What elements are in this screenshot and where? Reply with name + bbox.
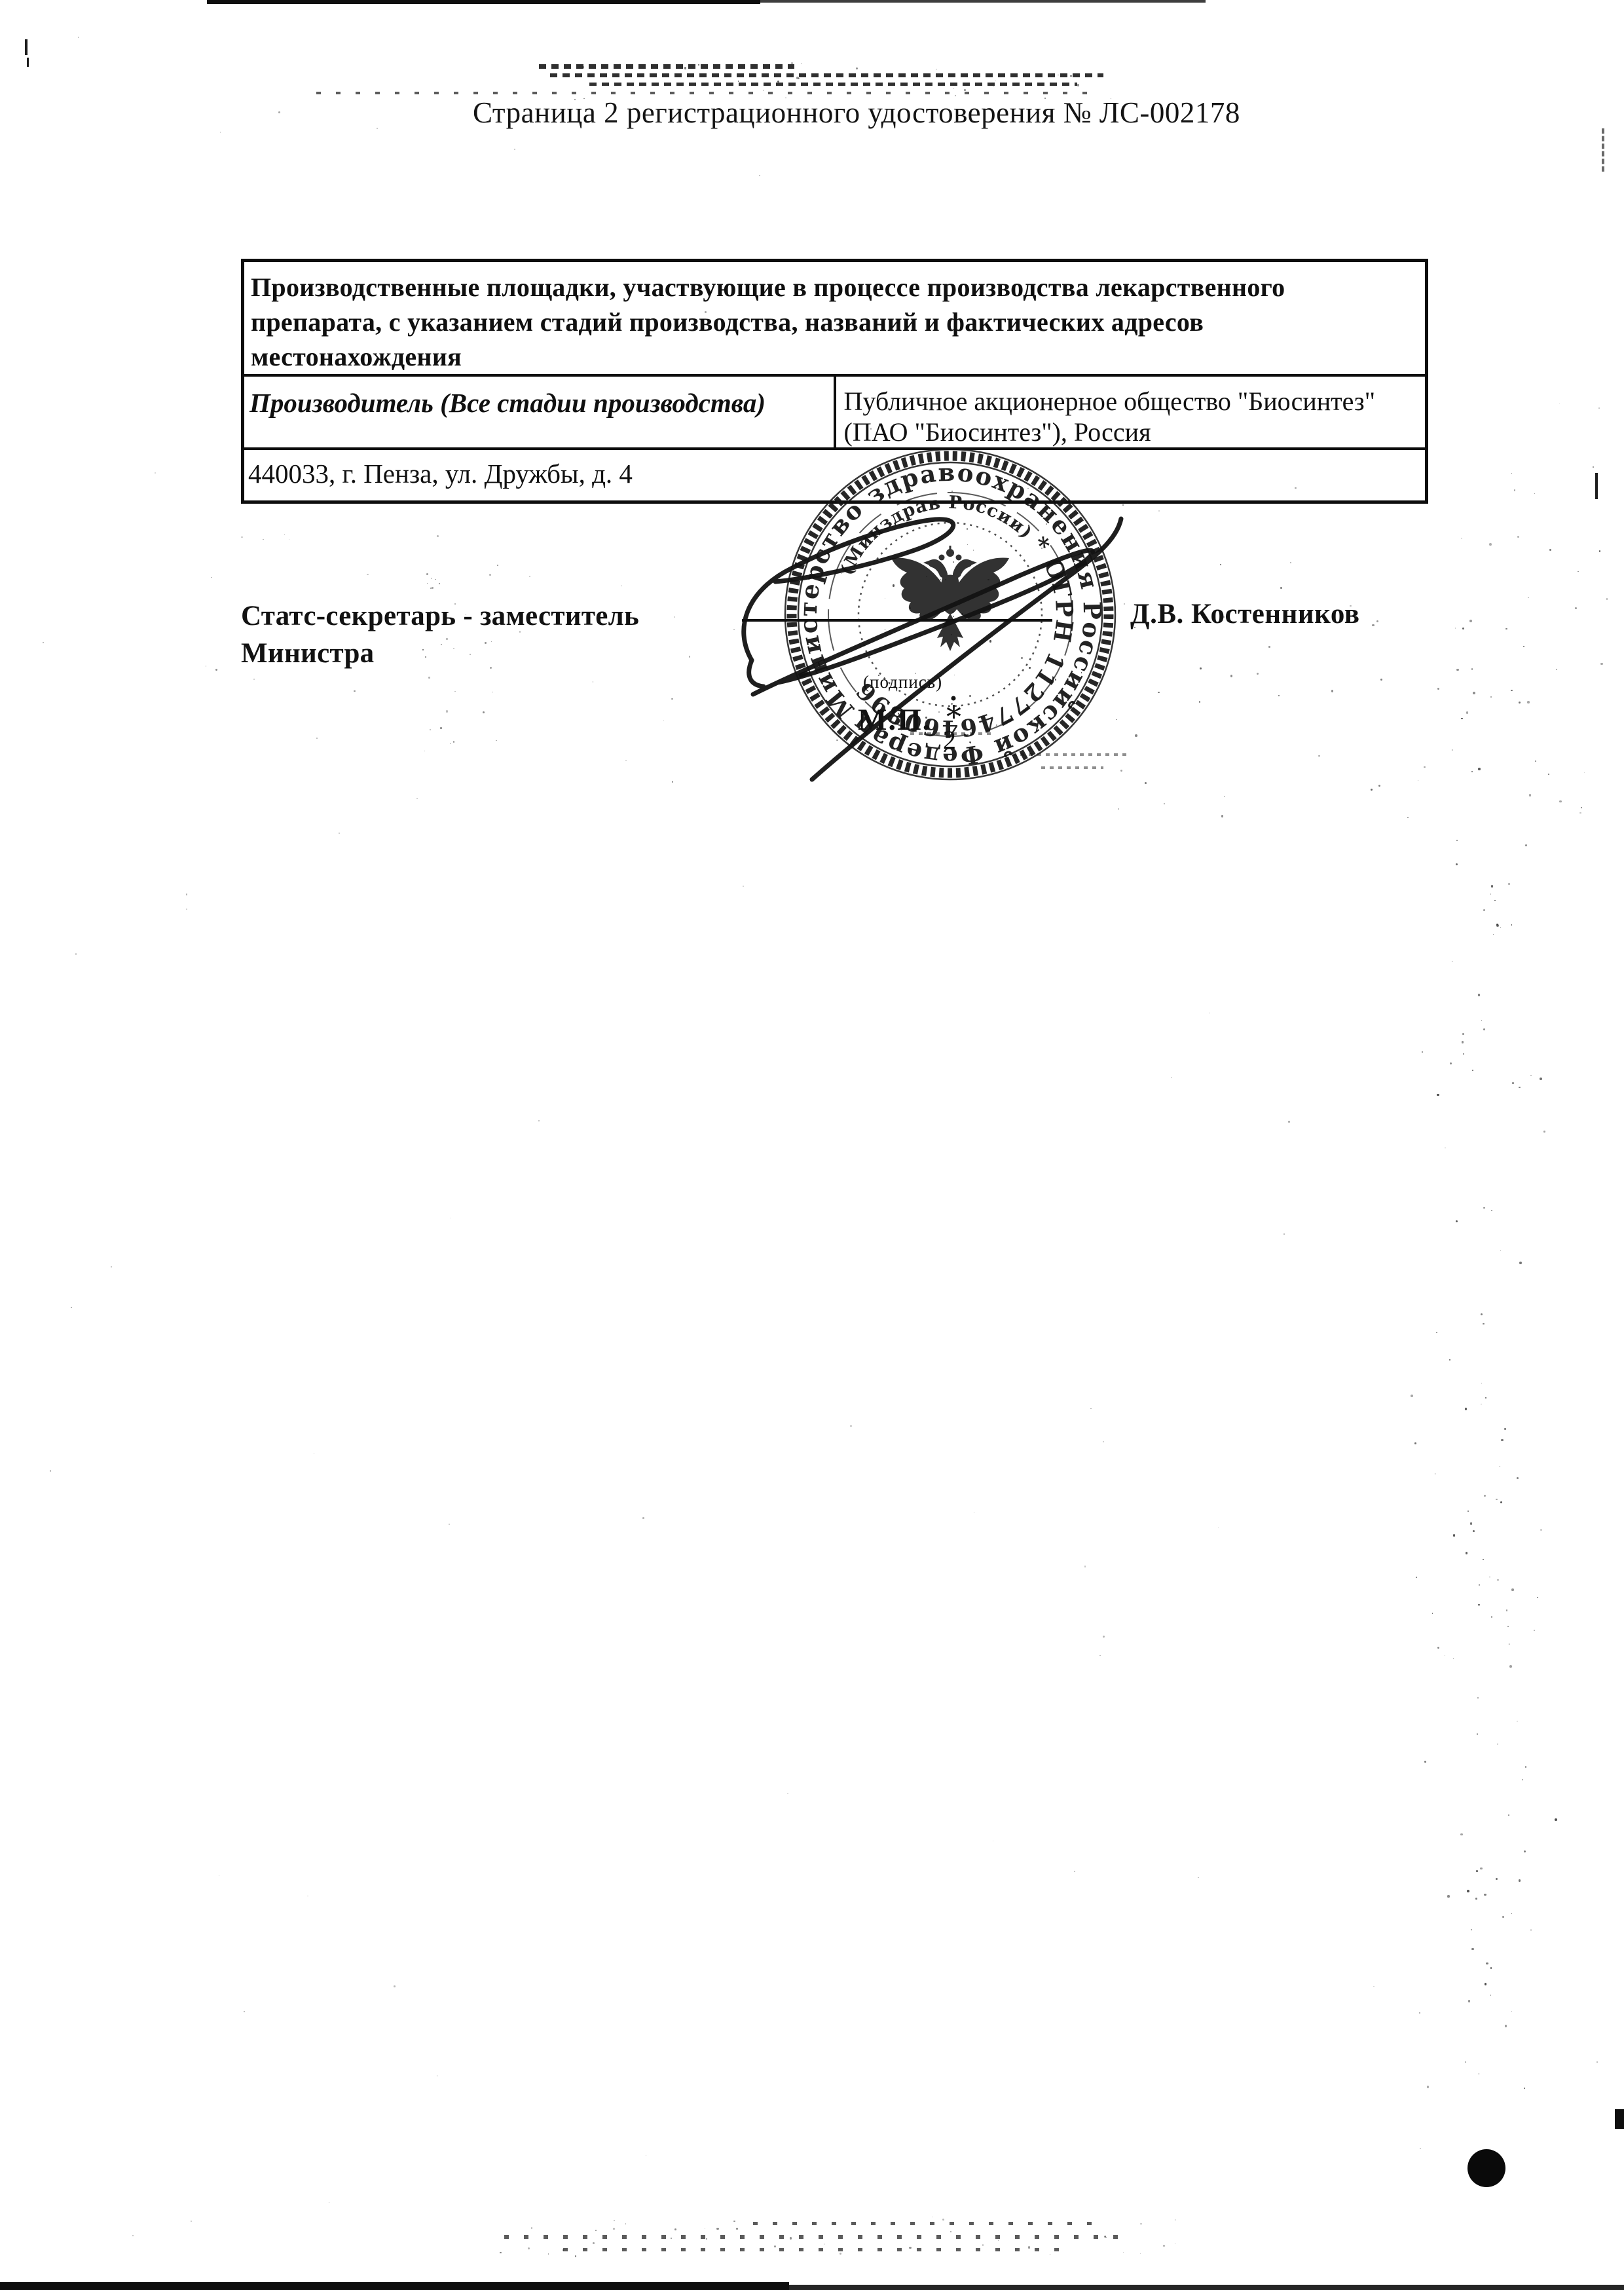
scan-noise-dot — [427, 583, 428, 584]
scan-noise-dot — [220, 132, 221, 133]
scan-noise-dot — [1525, 844, 1527, 846]
scan-noise-dot — [1372, 624, 1374, 626]
scan-noise-dot — [674, 616, 675, 617]
scan-noise-dot — [1481, 1313, 1483, 1315]
scan-noise-row — [504, 2235, 1126, 2239]
scan-noise-dot — [1103, 1636, 1105, 1638]
scan-edge-artifact — [1615, 2109, 1624, 2129]
scan-noise-dot — [450, 743, 451, 744]
scan-noise-dot — [440, 727, 442, 729]
scan-noise-dot — [1290, 562, 1291, 563]
scan-noise-dot — [583, 98, 584, 99]
scan-noise-dot — [1450, 1062, 1452, 1064]
scan-noise-dot — [1506, 1609, 1508, 1611]
scan-noise-dot — [787, 1793, 788, 1794]
scan-noise-dot — [1548, 774, 1549, 775]
scan-noise-dot — [1456, 669, 1459, 671]
scan-noise-dot — [937, 113, 938, 114]
scan-noise-dot — [1504, 1428, 1506, 1430]
scan-noise-row — [563, 2248, 1074, 2251]
scan-noise-dot — [1584, 772, 1585, 773]
scan-noise-dot — [1209, 1013, 1209, 1013]
scan-noise-dot — [671, 698, 673, 700]
scan-noise-dot — [1436, 1332, 1437, 1333]
scan-noise-dot — [1419, 2012, 1420, 2013]
scan-noise-dot — [1447, 1895, 1449, 1897]
scan-noise-dot — [1484, 1495, 1486, 1497]
scan-noise-dot — [1460, 1833, 1462, 1835]
scan-noise-dot — [953, 88, 954, 89]
scan-noise-dot — [1497, 1579, 1499, 1581]
scan-noise-dot — [1525, 1766, 1526, 1767]
scan-noise-dot — [1537, 1597, 1538, 1598]
scan-noise-dot — [1508, 883, 1510, 885]
scan-noise-dot — [1556, 669, 1557, 669]
scan-noise-dot — [1598, 407, 1600, 409]
punch-hole-dot — [1467, 2149, 1505, 2187]
scan-noise-dot — [1543, 1131, 1545, 1133]
scan-noise-dot — [431, 578, 432, 579]
scan-noise-dot — [1469, 620, 1472, 622]
scan-noise-dot — [1483, 1207, 1485, 1209]
scan-noise-dot — [1175, 2219, 1176, 2221]
scan-noise-dot — [716, 2228, 718, 2230]
scan-noise-dot — [446, 710, 448, 712]
scan-noise-dot — [1559, 800, 1562, 803]
scan-noise-dot — [289, 539, 290, 540]
scan-edge-artifact — [207, 0, 760, 4]
scan-noise-dot — [1505, 2025, 1507, 2027]
scan-noise-dot — [1535, 760, 1536, 762]
scan-noise-dot — [1471, 1948, 1474, 1951]
scan-noise-dot — [1578, 571, 1579, 572]
scan-noise-dot — [1517, 1477, 1519, 1479]
scan-noise-dot — [1099, 1655, 1100, 1656]
scan-noise-dot — [1175, 2243, 1175, 2244]
scan-noise-dot — [1199, 701, 1200, 702]
scan-noise-dot — [1511, 924, 1513, 926]
scan-noise-dot — [1453, 1534, 1456, 1537]
scan-noise-dot — [1331, 690, 1334, 692]
scan-noise-dot — [1118, 808, 1119, 809]
scan-noise-dot — [1407, 817, 1409, 819]
scan-noise-dot — [1103, 1441, 1105, 1443]
scan-noise-dot — [982, 2244, 984, 2246]
scan-noise-dot — [1427, 2086, 1429, 2088]
scan-noise-dot — [354, 690, 355, 692]
scan-noise-dot — [241, 536, 243, 538]
scan-noise-dot — [43, 642, 44, 643]
scan-noise-dot — [263, 539, 263, 540]
scan-noise-dot — [672, 781, 673, 782]
scan-noise-dot — [1445, 1655, 1445, 1656]
scan-noise-dot — [1489, 1577, 1490, 1578]
scan-noise-dot — [1519, 1879, 1521, 1881]
scan-noise-dot — [1058, 75, 1058, 75]
scan-noise-dot — [1555, 1818, 1557, 1821]
scan-noise-dot — [1559, 404, 1560, 404]
scan-noise-dot — [424, 751, 425, 751]
scan-noise-dot — [1470, 1522, 1473, 1525]
scan-noise-dot — [1483, 1323, 1485, 1325]
scan-noise-dot — [1378, 785, 1380, 787]
scan-noise-dot — [1593, 466, 1595, 468]
scan-noise-dot — [377, 128, 378, 129]
scan-noise-dot — [1481, 1383, 1482, 1383]
scan-edge-artifact — [1602, 128, 1604, 172]
scan-noise-dot — [186, 893, 188, 895]
scan-noise-dot — [1461, 538, 1462, 538]
scan-noise-dot — [1452, 961, 1452, 962]
scan-noise-dot — [1257, 673, 1259, 675]
scan-noise-dot — [1467, 1511, 1469, 1512]
scan-noise-dot — [1278, 695, 1280, 696]
table-header-row: Производственные площадки, участвующие в… — [243, 261, 1427, 376]
scan-noise-dot — [1432, 1613, 1433, 1613]
scan-noise-dot — [1479, 2073, 1480, 2074]
scan-noise-dot — [1512, 1082, 1514, 1084]
scan-noise-dot — [1500, 1501, 1502, 1503]
scan-noise-dot — [613, 2228, 615, 2230]
scan-noise-row — [550, 73, 1103, 77]
scan-margin-mark — [27, 58, 29, 67]
scan-noise-dot — [1140, 2253, 1141, 2254]
scan-noise-dot — [244, 2011, 245, 2012]
page-header: Страница 2 регистрационного удостоверени… — [473, 96, 1240, 130]
scan-noise-dot — [1418, 780, 1418, 781]
scan-noise-dot — [621, 586, 621, 586]
scan-noise-dot — [430, 588, 432, 589]
scan-noise-dot — [50, 1470, 52, 1472]
scan-noise-dot — [798, 78, 800, 79]
scan-noise-dot — [950, 2231, 951, 2232]
scan-noise-dot — [1466, 1552, 1468, 1554]
scan-noise-dot — [1473, 1530, 1475, 1532]
scan-noise-dot — [1509, 1643, 1509, 1644]
scan-noise-dot — [1490, 893, 1492, 895]
scan-noise-dot — [1489, 543, 1492, 546]
scan-noise-dot — [441, 644, 442, 645]
scan-noise-dot — [278, 111, 280, 113]
scan-noise-row — [539, 64, 794, 69]
scan-noise-dot — [705, 2228, 705, 2229]
scan-noise-dot — [1511, 473, 1512, 474]
scan-noise-dot — [791, 62, 793, 64]
scan-noise-dot — [1534, 493, 1535, 494]
scan-noise-dot — [1519, 702, 1521, 704]
scan-noise-dot — [1486, 1962, 1488, 1965]
scan-noise-dot — [1522, 1779, 1524, 1781]
scan-noise-dot — [1224, 796, 1225, 797]
scan-noise-dot — [1479, 1584, 1480, 1585]
scan-noise-dot — [733, 2221, 735, 2222]
scan-noise-dot — [489, 574, 491, 576]
scan-noise-dot — [314, 1454, 314, 1454]
scan-noise-dot — [1437, 688, 1439, 690]
scan-noise-dot — [528, 2247, 530, 2249]
scan-noise-dot — [1420, 2148, 1421, 2149]
scan-noise-dot — [1490, 1967, 1492, 1968]
scan-noise-dot — [1455, 628, 1456, 629]
scan-noise-dot — [1050, 2254, 1050, 2255]
scan-noise-dot — [625, 2223, 626, 2224]
scan-noise-dot — [428, 677, 430, 679]
scan-noise-dot — [454, 691, 455, 692]
scan-noise-dot — [155, 472, 156, 474]
scan-noise-dot — [698, 64, 699, 66]
scan-noise-dot — [1491, 885, 1493, 887]
scan-noise-dot — [78, 37, 79, 37]
signature-stroke — [812, 519, 1121, 779]
scan-noise-dot — [1508, 1814, 1509, 1816]
scan-noise-dot — [1416, 1577, 1417, 1578]
scan-noise-dot — [215, 669, 217, 670]
scan-edge-artifact — [1595, 473, 1598, 499]
scan-noise-dot — [1501, 1439, 1503, 1441]
scan-noise-dot — [785, 98, 786, 98]
scan-noise-dot — [1462, 1033, 1464, 1035]
scan-noise-dot — [1485, 1983, 1486, 1985]
scan-noise-dot — [1422, 1051, 1423, 1053]
scan-noise-dot — [430, 611, 432, 612]
scan-noise-dot — [191, 2221, 192, 2222]
scan-noise-dot — [736, 2228, 738, 2230]
scan-noise-dot — [1490, 1995, 1492, 1996]
scan-noise-dot — [1044, 98, 1045, 98]
scan-noise-dot — [454, 603, 455, 604]
scan-noise-dot — [1483, 909, 1485, 911]
scan-noise-dot — [1511, 2011, 1512, 2012]
scan-noise-dot — [705, 311, 706, 312]
scan-noise-dot — [1435, 1473, 1435, 1474]
scan-noise-dot — [942, 2219, 944, 2221]
scan-noise-dot — [1471, 771, 1473, 772]
scan-edge-artifact — [789, 2285, 1624, 2290]
scan-noise-dot — [548, 2253, 549, 2255]
scan-noise-dot — [531, 2227, 532, 2228]
scan-noise-dot — [1163, 2245, 1165, 2247]
scan-noise-dot — [1373, 1986, 1375, 1987]
scan-noise-dot — [1077, 84, 1079, 86]
scan-noise-dot — [595, 2230, 597, 2231]
scan-noise-dot — [293, 465, 294, 466]
scan-noise-dot — [514, 149, 515, 150]
scan-noise-dot — [850, 1425, 851, 1427]
scan-noise-dot — [684, 67, 686, 69]
scan-noise-dot — [802, 63, 802, 64]
scan-noise-dot — [1090, 1408, 1092, 1410]
scan-noise-row — [589, 83, 1077, 86]
scan-noise-dot — [1480, 1868, 1483, 1870]
scan-noise-dot — [1456, 1220, 1458, 1222]
scan-noise-dot — [1465, 1408, 1467, 1410]
scan-noise-dot — [439, 583, 440, 584]
scan-noise-dot — [111, 1266, 112, 1267]
scan-noise-dot — [1283, 1233, 1285, 1235]
scan-noise-dot — [1517, 536, 1519, 538]
scan-noise-dot — [432, 587, 434, 589]
scan-noise-dot — [614, 2220, 616, 2222]
scan-noise-dot — [593, 2242, 595, 2244]
scan-noise-dot — [1461, 718, 1463, 720]
scan-noise-dot — [1484, 1894, 1486, 1896]
scan-noise-dot — [706, 2238, 707, 2240]
scan-noise-dot — [453, 741, 454, 742]
scan-noise-dot — [1218, 1528, 1219, 1528]
scan-noise-dot — [1496, 1878, 1498, 1880]
scan-noise-row — [753, 2222, 1094, 2225]
scan-noise-dot — [1200, 667, 1201, 669]
scan-noise-dot — [1530, 1075, 1532, 1076]
scan-noise-dot — [964, 89, 966, 91]
scan-noise-dot — [1579, 812, 1581, 814]
scan-noise-dot — [1519, 1087, 1520, 1088]
scan-noise-dot — [538, 1120, 540, 1121]
scan-noise-dot — [993, 86, 994, 87]
scan-noise-dot — [1476, 1870, 1478, 1872]
scan-noise-dot — [1123, 2252, 1124, 2253]
scan-noise-dot — [1468, 2000, 1471, 2002]
scan-noise-dot — [422, 649, 423, 650]
scan-noise-dot — [1198, 1877, 1198, 1878]
scan-noise-dot — [496, 740, 496, 741]
scan-noise-dot — [763, 90, 764, 91]
scan-noise-dot — [1414, 1442, 1416, 1444]
scan-noise-dot — [186, 909, 187, 910]
scan-noise-dot — [646, 2155, 646, 2156]
scan-noise-dot — [1485, 1397, 1486, 1398]
scan-noise-dot — [284, 534, 286, 535]
scan-noise-dot — [974, 1512, 974, 1513]
signer-position-title: Статс-секретарь - заместитель Министра — [241, 597, 639, 672]
scan-noise-dot — [1371, 789, 1373, 791]
scan-noise-dot — [1452, 749, 1453, 751]
scan-noise-dot — [1517, 1721, 1518, 1722]
scan-noise-dot — [1519, 1262, 1522, 1264]
scan-noise-dot — [998, 2240, 999, 2241]
scan-noise-dot — [1523, 646, 1524, 647]
scan-noise-dot — [1511, 1588, 1514, 1591]
scan-noise-dot — [1471, 668, 1473, 670]
scan-noise-dot — [211, 577, 212, 578]
scan-noise-dot — [437, 2075, 438, 2076]
scan-noise-dot — [1481, 1020, 1482, 1021]
table-header-cell: Производственные площадки, участвующие в… — [243, 261, 1427, 376]
scan-noise-dot — [1514, 489, 1515, 491]
scan-noise-dot — [1475, 1898, 1477, 1900]
scan-noise-dot — [1478, 1604, 1479, 1605]
scan-noise-dot — [1511, 690, 1513, 692]
scan-noise-dot — [774, 2245, 776, 2247]
scan-noise-dot — [1318, 755, 1320, 757]
scan-noise-dot — [500, 2252, 501, 2253]
scan-noise-dot — [219, 1875, 220, 1877]
scan-noise-dot — [1483, 1028, 1485, 1030]
scan-noise-dot — [75, 953, 77, 954]
scan-noise-dot — [1449, 1359, 1451, 1361]
scan-noise-dot — [1606, 598, 1608, 600]
scan-noise-dot — [1472, 1070, 1473, 1071]
scan-noise-dot — [1505, 628, 1507, 630]
scan-noise-dot — [437, 535, 439, 537]
scan-noise-dot — [1502, 1916, 1504, 1918]
scan-noise-dot — [1477, 1697, 1479, 1699]
scan-edge-artifact — [760, 0, 1206, 3]
scan-noise-dot — [1600, 663, 1603, 666]
scan-noise-dot — [1493, 934, 1494, 935]
scan-noise-dot — [1491, 1616, 1493, 1618]
scan-noise-dot — [1527, 701, 1530, 704]
scan-noise-dot — [1491, 1210, 1492, 1211]
scan-noise-dot — [1465, 2061, 1466, 2063]
scan-noise-dot — [1466, 711, 1469, 714]
scan-noise-dot — [936, 69, 937, 70]
scan-noise-dot — [1581, 807, 1582, 808]
scan-noise-dot — [1376, 620, 1378, 622]
scan-noise-dot — [1230, 675, 1233, 677]
scan-noise-dot — [995, 81, 996, 81]
scan-noise-dot — [1500, 1466, 1500, 1467]
scan-noise-dot — [1424, 766, 1426, 768]
scan-noise-dot — [1528, 597, 1528, 598]
scan-noise-dot — [485, 642, 487, 644]
scan-noise-dot — [1424, 1761, 1426, 1763]
scan-noise-dot — [671, 2238, 672, 2239]
scan-noise-dot — [1599, 550, 1601, 552]
scan-noise-dot — [1524, 2088, 1525, 2089]
scan-noise-dot — [1462, 1041, 1464, 1043]
scan-noise-dot — [993, 1841, 993, 1841]
scan-noise-dot — [1540, 1529, 1542, 1531]
scan-noise-dot — [1483, 1559, 1484, 1560]
scan-noise-dot — [1437, 1094, 1439, 1097]
scan-noise-dot — [575, 2255, 577, 2257]
scan-noise-dot — [1437, 1647, 1439, 1649]
scan-noise-dot — [483, 711, 485, 713]
scan-noise-dot — [759, 175, 760, 176]
scan-noise-dot — [307, 1896, 308, 1896]
scan-noise-dot — [1473, 692, 1475, 694]
scan-noise-dot — [1478, 994, 1480, 996]
scan-noise-dot — [674, 2228, 676, 2230]
scan-noise-dot — [1221, 815, 1224, 817]
scan-noise-dot — [824, 2243, 825, 2245]
scan-noise-dot — [856, 67, 858, 69]
scan-noise-dot — [1084, 1566, 1086, 1567]
scan-noise-dot — [1477, 1733, 1478, 1735]
signature-stroke — [744, 519, 953, 660]
scan-noise-dot — [1549, 549, 1552, 552]
scan-noise-dot — [1456, 863, 1458, 865]
signature-stroke — [753, 550, 1093, 694]
scan-noise-dot — [1507, 1626, 1509, 1627]
scan-noise-dot — [206, 666, 206, 666]
scan-noise-dot — [132, 2235, 133, 2236]
scan-noise-dot — [497, 565, 498, 566]
scan-noise-dot — [1530, 1929, 1532, 1931]
scan-noise-dot — [1529, 794, 1531, 796]
scan-noise-row — [316, 92, 1096, 94]
signature-stroke — [749, 660, 764, 686]
scan-noise-dot — [367, 574, 369, 576]
scan-noise-dot — [1456, 840, 1458, 841]
scan-noise-dot — [416, 798, 418, 799]
scan-noise-dot — [932, 2217, 933, 2217]
scan-noise-dot — [1288, 1121, 1289, 1122]
scanned-certificate-page: Страница 2 регистрационного удостоверени… — [0, 0, 1624, 2290]
scan-noise-dot — [1471, 1929, 1472, 1930]
scan-noise-dot — [1524, 1850, 1526, 1852]
